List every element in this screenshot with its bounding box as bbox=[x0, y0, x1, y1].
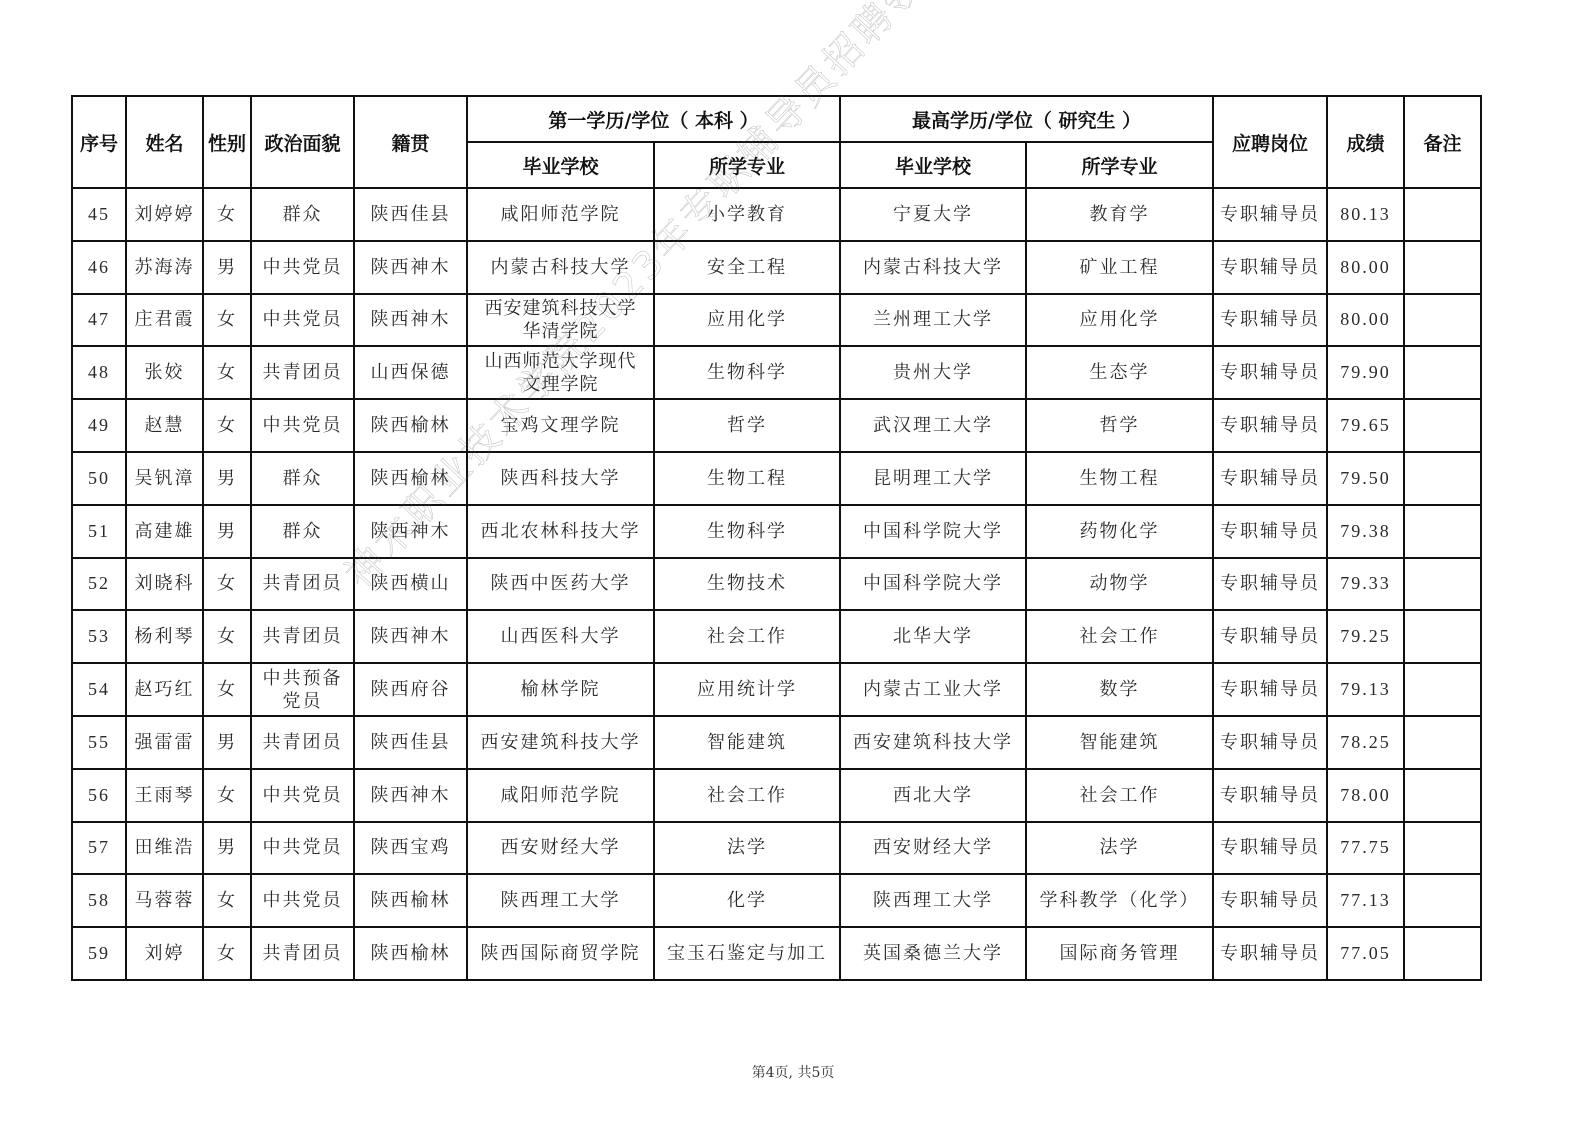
cell-hometown: 陕西佳县 bbox=[354, 716, 467, 769]
cell-high-major: 智能建筑 bbox=[1026, 716, 1213, 769]
cell-position: 专职辅导员 bbox=[1213, 716, 1327, 769]
cell-first-major: 法学 bbox=[654, 822, 840, 875]
cell-hometown: 陕西榆林 bbox=[354, 927, 467, 980]
cell-gender: 男 bbox=[203, 452, 251, 505]
cell-political: 中共党员 bbox=[251, 822, 354, 875]
cell-first-school: 榆林学院 bbox=[467, 663, 654, 716]
table-row: 50吴钒漳男群众陕西榆林陕西科技大学生物工程昆明理工大学生物工程专职辅导员79.… bbox=[72, 452, 1481, 505]
cell-high-major: 生态学 bbox=[1026, 346, 1213, 399]
cell-hometown: 陕西榆林 bbox=[354, 399, 467, 452]
table-row: 58马蓉蓉女中共党员陕西榆林陕西理工大学化学陕西理工大学学科教学（化学）专职辅导… bbox=[72, 874, 1481, 927]
cell-hometown: 陕西神木 bbox=[354, 610, 467, 663]
cell-seq: 45 bbox=[72, 188, 126, 241]
header-first-degree: 第一学历/学位（ 本科 ） bbox=[467, 96, 840, 142]
cell-remarks bbox=[1404, 188, 1481, 241]
cell-score: 77.05 bbox=[1327, 927, 1404, 980]
cell-first-major: 社会工作 bbox=[654, 610, 840, 663]
cell-first-school: 陕西科技大学 bbox=[467, 452, 654, 505]
cell-high-school: 西安财经大学 bbox=[840, 822, 1026, 875]
cell-political: 中共党员 bbox=[251, 874, 354, 927]
cell-high-school: 内蒙古科技大学 bbox=[840, 241, 1026, 294]
cell-remarks bbox=[1404, 874, 1481, 927]
cell-score: 79.38 bbox=[1327, 505, 1404, 558]
cell-hometown: 陕西榆林 bbox=[354, 874, 467, 927]
header-hometown: 籍贯 bbox=[354, 96, 467, 188]
cell-high-school: 中国科学院大学 bbox=[840, 505, 1026, 558]
cell-position: 专职辅导员 bbox=[1213, 294, 1327, 347]
cell-hometown: 陕西横山 bbox=[354, 558, 467, 611]
table-row: 48张姣女共青团员山西保德山西师范大学现代文理学院生物科学贵州大学生态学专职辅导… bbox=[72, 346, 1481, 399]
cell-position: 专职辅导员 bbox=[1213, 769, 1327, 822]
table-row: 53杨利琴女共青团员陕西神木山西医科大学社会工作北华大学社会工作专职辅导员79.… bbox=[72, 610, 1481, 663]
cell-seq: 46 bbox=[72, 241, 126, 294]
table-row: 56王雨琴女中共党员陕西神木咸阳师范学院社会工作西北大学社会工作专职辅导员78.… bbox=[72, 769, 1481, 822]
cell-name: 赵慧 bbox=[126, 399, 203, 452]
cell-high-major: 学科教学（化学） bbox=[1026, 874, 1213, 927]
cell-high-major: 国际商务管理 bbox=[1026, 927, 1213, 980]
header-political: 政治面貌 bbox=[251, 96, 354, 188]
cell-first-major: 哲学 bbox=[654, 399, 840, 452]
cell-gender: 男 bbox=[203, 505, 251, 558]
cell-high-school: 贵州大学 bbox=[840, 346, 1026, 399]
cell-remarks bbox=[1404, 294, 1481, 347]
cell-high-major: 法学 bbox=[1026, 822, 1213, 875]
cell-gender: 女 bbox=[203, 294, 251, 347]
cell-political: 群众 bbox=[251, 452, 354, 505]
cell-high-major: 药物化学 bbox=[1026, 505, 1213, 558]
cell-political: 群众 bbox=[251, 188, 354, 241]
cell-first-school: 咸阳师范学院 bbox=[467, 188, 654, 241]
cell-name: 庄君霞 bbox=[126, 294, 203, 347]
cell-name: 王雨琴 bbox=[126, 769, 203, 822]
cell-remarks bbox=[1404, 558, 1481, 611]
cell-first-school: 西安建筑科技大学华清学院 bbox=[467, 294, 654, 347]
table-row: 59刘婷女共青团员陕西榆林陕西国际商贸学院宝玉石鉴定与加工英国桑德兰大学国际商务… bbox=[72, 927, 1481, 980]
cell-seq: 53 bbox=[72, 610, 126, 663]
cell-gender: 女 bbox=[203, 927, 251, 980]
cell-high-school: 西安建筑科技大学 bbox=[840, 716, 1026, 769]
cell-gender: 女 bbox=[203, 558, 251, 611]
header-high-school: 毕业学校 bbox=[840, 142, 1026, 188]
cell-first-school: 陕西理工大学 bbox=[467, 874, 654, 927]
cell-first-major: 智能建筑 bbox=[654, 716, 840, 769]
cell-hometown: 陕西神木 bbox=[354, 505, 467, 558]
table-row: 55强雷雷男共青团员陕西佳县西安建筑科技大学智能建筑西安建筑科技大学智能建筑专职… bbox=[72, 716, 1481, 769]
cell-remarks bbox=[1404, 822, 1481, 875]
header-seq: 序号 bbox=[72, 96, 126, 188]
cell-name: 吴钒漳 bbox=[126, 452, 203, 505]
header-position: 应聘岗位 bbox=[1213, 96, 1327, 188]
cell-position: 专职辅导员 bbox=[1213, 610, 1327, 663]
table-body: 45刘婷婷女群众陕西佳县咸阳师范学院小学教育宁夏大学教育学专职辅导员80.134… bbox=[72, 188, 1481, 980]
cell-political: 中共预备党员 bbox=[251, 663, 354, 716]
cell-first-school: 西安建筑科技大学 bbox=[467, 716, 654, 769]
cell-high-school: 中国科学院大学 bbox=[840, 558, 1026, 611]
cell-score: 80.00 bbox=[1327, 241, 1404, 294]
cell-political: 中共党员 bbox=[251, 294, 354, 347]
cell-score: 79.90 bbox=[1327, 346, 1404, 399]
cell-name: 杨利琴 bbox=[126, 610, 203, 663]
cell-first-major: 化学 bbox=[654, 874, 840, 927]
cell-first-major: 宝玉石鉴定与加工 bbox=[654, 927, 840, 980]
cell-score: 79.50 bbox=[1327, 452, 1404, 505]
cell-first-major: 生物科学 bbox=[654, 346, 840, 399]
table-row: 51高建雄男群众陕西神木西北农林科技大学生物科学中国科学院大学药物化学专职辅导员… bbox=[72, 505, 1481, 558]
cell-position: 专职辅导员 bbox=[1213, 505, 1327, 558]
cell-political: 群众 bbox=[251, 505, 354, 558]
cell-remarks bbox=[1404, 769, 1481, 822]
cell-gender: 女 bbox=[203, 663, 251, 716]
cell-gender: 男 bbox=[203, 241, 251, 294]
cell-first-major: 应用化学 bbox=[654, 294, 840, 347]
cell-first-major: 小学教育 bbox=[654, 188, 840, 241]
header-high-major: 所学专业 bbox=[1026, 142, 1213, 188]
cell-score: 79.65 bbox=[1327, 399, 1404, 452]
cell-high-major: 动物学 bbox=[1026, 558, 1213, 611]
cell-gender: 女 bbox=[203, 399, 251, 452]
cell-high-major: 教育学 bbox=[1026, 188, 1213, 241]
cell-high-major: 矿业工程 bbox=[1026, 241, 1213, 294]
cell-hometown: 陕西府谷 bbox=[354, 663, 467, 716]
header-first-school: 毕业学校 bbox=[467, 142, 654, 188]
page-indicator: 第4页, 共5页 bbox=[0, 1062, 1586, 1082]
cell-name: 高建雄 bbox=[126, 505, 203, 558]
cell-position: 专职辅导员 bbox=[1213, 822, 1327, 875]
cell-position: 专职辅导员 bbox=[1213, 452, 1327, 505]
cell-hometown: 陕西神木 bbox=[354, 241, 467, 294]
cell-name: 刘婷 bbox=[126, 927, 203, 980]
header-score: 成绩 bbox=[1327, 96, 1404, 188]
cell-high-school: 宁夏大学 bbox=[840, 188, 1026, 241]
cell-remarks bbox=[1404, 927, 1481, 980]
cell-high-school: 英国桑德兰大学 bbox=[840, 927, 1026, 980]
cell-hometown: 陕西神木 bbox=[354, 769, 467, 822]
cell-position: 专职辅导员 bbox=[1213, 558, 1327, 611]
cell-high-school: 兰州理工大学 bbox=[840, 294, 1026, 347]
cell-seq: 48 bbox=[72, 346, 126, 399]
cell-first-major: 生物工程 bbox=[654, 452, 840, 505]
cell-position: 专职辅导员 bbox=[1213, 346, 1327, 399]
cell-score: 78.25 bbox=[1327, 716, 1404, 769]
cell-name: 马蓉蓉 bbox=[126, 874, 203, 927]
cell-gender: 女 bbox=[203, 874, 251, 927]
table-row: 45刘婷婷女群众陕西佳县咸阳师范学院小学教育宁夏大学教育学专职辅导员80.13 bbox=[72, 188, 1481, 241]
cell-name: 刘晓科 bbox=[126, 558, 203, 611]
table-row: 47庄君霞女中共党员陕西神木西安建筑科技大学华清学院应用化学兰州理工大学应用化学… bbox=[72, 294, 1481, 347]
cell-high-school: 北华大学 bbox=[840, 610, 1026, 663]
cell-name: 田维浩 bbox=[126, 822, 203, 875]
cell-score: 77.75 bbox=[1327, 822, 1404, 875]
cell-political: 共青团员 bbox=[251, 927, 354, 980]
cell-score: 77.13 bbox=[1327, 874, 1404, 927]
cell-hometown: 陕西佳县 bbox=[354, 188, 467, 241]
cell-position: 专职辅导员 bbox=[1213, 663, 1327, 716]
header-name: 姓名 bbox=[126, 96, 203, 188]
cell-high-school: 内蒙古工业大学 bbox=[840, 663, 1026, 716]
cell-name: 赵巧红 bbox=[126, 663, 203, 716]
cell-seq: 49 bbox=[72, 399, 126, 452]
cell-first-major: 社会工作 bbox=[654, 769, 840, 822]
cell-seq: 56 bbox=[72, 769, 126, 822]
cell-remarks bbox=[1404, 346, 1481, 399]
cell-score: 79.13 bbox=[1327, 663, 1404, 716]
cell-remarks bbox=[1404, 399, 1481, 452]
cell-first-major: 生物科学 bbox=[654, 505, 840, 558]
cell-high-major: 生物工程 bbox=[1026, 452, 1213, 505]
cell-gender: 男 bbox=[203, 822, 251, 875]
cell-position: 专职辅导员 bbox=[1213, 927, 1327, 980]
cell-hometown: 陕西神木 bbox=[354, 294, 467, 347]
cell-remarks bbox=[1404, 452, 1481, 505]
cell-score: 78.00 bbox=[1327, 769, 1404, 822]
cell-hometown: 山西保德 bbox=[354, 346, 467, 399]
cell-first-school: 内蒙古科技大学 bbox=[467, 241, 654, 294]
cell-gender: 女 bbox=[203, 346, 251, 399]
cell-first-school: 咸阳师范学院 bbox=[467, 769, 654, 822]
cell-first-school: 陕西中医药大学 bbox=[467, 558, 654, 611]
cell-political: 共青团员 bbox=[251, 716, 354, 769]
table-row: 52刘晓科女共青团员陕西横山陕西中医药大学生物技术中国科学院大学动物学专职辅导员… bbox=[72, 558, 1481, 611]
cell-high-major: 数学 bbox=[1026, 663, 1213, 716]
cell-seq: 57 bbox=[72, 822, 126, 875]
header-gender: 性别 bbox=[203, 96, 251, 188]
document-page: 序号 姓名 性别 政治面貌 籍贯 第一学历/学位（ 本科 ） 最高学历/学位（ … bbox=[0, 0, 1586, 1122]
cell-position: 专职辅导员 bbox=[1213, 874, 1327, 927]
cell-political: 中共党员 bbox=[251, 241, 354, 294]
cell-score: 80.13 bbox=[1327, 188, 1404, 241]
cell-seq: 51 bbox=[72, 505, 126, 558]
cell-score: 79.33 bbox=[1327, 558, 1404, 611]
cell-name: 苏海涛 bbox=[126, 241, 203, 294]
cell-seq: 50 bbox=[72, 452, 126, 505]
table-row: 46苏海涛男中共党员陕西神木内蒙古科技大学安全工程内蒙古科技大学矿业工程专职辅导… bbox=[72, 241, 1481, 294]
cell-score: 80.00 bbox=[1327, 294, 1404, 347]
cell-gender: 女 bbox=[203, 769, 251, 822]
cell-high-school: 西北大学 bbox=[840, 769, 1026, 822]
cell-political: 共青团员 bbox=[251, 558, 354, 611]
cell-position: 专职辅导员 bbox=[1213, 241, 1327, 294]
cell-first-school: 陕西国际商贸学院 bbox=[467, 927, 654, 980]
cell-high-school: 武汉理工大学 bbox=[840, 399, 1026, 452]
cell-high-major: 社会工作 bbox=[1026, 769, 1213, 822]
cell-remarks bbox=[1404, 241, 1481, 294]
cell-first-school: 山西师范大学现代文理学院 bbox=[467, 346, 654, 399]
cell-score: 79.25 bbox=[1327, 610, 1404, 663]
cell-hometown: 陕西榆林 bbox=[354, 452, 467, 505]
cell-gender: 男 bbox=[203, 716, 251, 769]
cell-first-school: 西安财经大学 bbox=[467, 822, 654, 875]
cell-high-major: 应用化学 bbox=[1026, 294, 1213, 347]
header-first-major: 所学专业 bbox=[654, 142, 840, 188]
cell-political: 中共党员 bbox=[251, 399, 354, 452]
cell-first-major: 生物技术 bbox=[654, 558, 840, 611]
cell-first-school: 西北农林科技大学 bbox=[467, 505, 654, 558]
cell-high-school: 昆明理工大学 bbox=[840, 452, 1026, 505]
cell-high-major: 社会工作 bbox=[1026, 610, 1213, 663]
cell-first-major: 应用统计学 bbox=[654, 663, 840, 716]
cell-name: 强雷雷 bbox=[126, 716, 203, 769]
header-remarks: 备注 bbox=[1404, 96, 1481, 188]
cell-name: 刘婷婷 bbox=[126, 188, 203, 241]
cell-first-major: 安全工程 bbox=[654, 241, 840, 294]
cell-seq: 58 bbox=[72, 874, 126, 927]
table-header: 序号 姓名 性别 政治面貌 籍贯 第一学历/学位（ 本科 ） 最高学历/学位（ … bbox=[72, 96, 1481, 188]
header-highest-degree: 最高学历/学位（ 研究生 ） bbox=[840, 96, 1213, 142]
table-row: 49赵慧女中共党员陕西榆林宝鸡文理学院哲学武汉理工大学哲学专职辅导员79.65 bbox=[72, 399, 1481, 452]
cell-political: 中共党员 bbox=[251, 769, 354, 822]
cell-hometown: 陕西宝鸡 bbox=[354, 822, 467, 875]
cell-seq: 47 bbox=[72, 294, 126, 347]
cell-high-major: 哲学 bbox=[1026, 399, 1213, 452]
cell-name: 张姣 bbox=[126, 346, 203, 399]
cell-remarks bbox=[1404, 505, 1481, 558]
candidate-table: 序号 姓名 性别 政治面貌 籍贯 第一学历/学位（ 本科 ） 最高学历/学位（ … bbox=[71, 95, 1482, 981]
cell-remarks bbox=[1404, 663, 1481, 716]
cell-seq: 59 bbox=[72, 927, 126, 980]
table-row: 57田维浩男中共党员陕西宝鸡西安财经大学法学西安财经大学法学专职辅导员77.75 bbox=[72, 822, 1481, 875]
cell-gender: 女 bbox=[203, 610, 251, 663]
cell-political: 共青团员 bbox=[251, 610, 354, 663]
cell-gender: 女 bbox=[203, 188, 251, 241]
table-row: 54赵巧红女中共预备党员陕西府谷榆林学院应用统计学内蒙古工业大学数学专职辅导员7… bbox=[72, 663, 1481, 716]
cell-high-school: 陕西理工大学 bbox=[840, 874, 1026, 927]
cell-first-school: 宝鸡文理学院 bbox=[467, 399, 654, 452]
cell-position: 专职辅导员 bbox=[1213, 399, 1327, 452]
cell-first-school: 山西医科大学 bbox=[467, 610, 654, 663]
cell-seq: 52 bbox=[72, 558, 126, 611]
cell-political: 共青团员 bbox=[251, 346, 354, 399]
cell-remarks bbox=[1404, 610, 1481, 663]
cell-remarks bbox=[1404, 716, 1481, 769]
cell-position: 专职辅导员 bbox=[1213, 188, 1327, 241]
cell-seq: 54 bbox=[72, 663, 126, 716]
cell-seq: 55 bbox=[72, 716, 126, 769]
